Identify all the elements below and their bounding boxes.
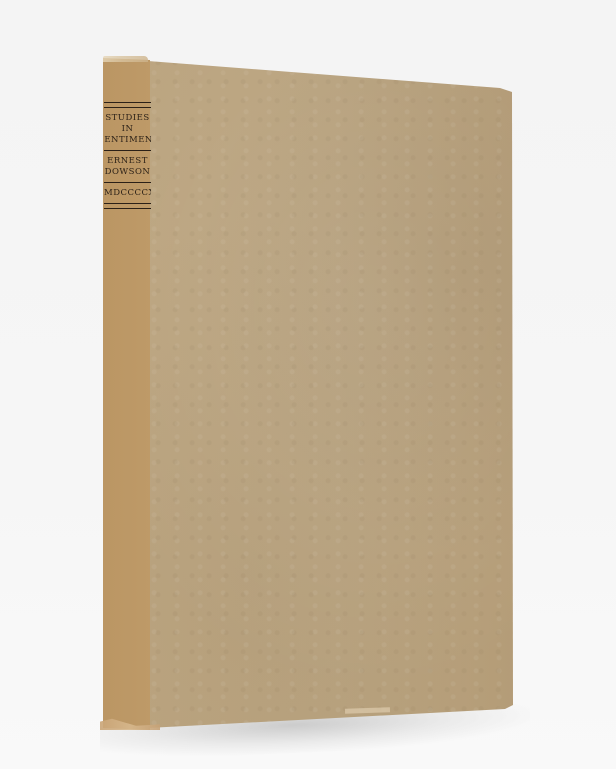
spine-year-block: MDCCCCXV [104,183,151,203]
spine-author-block: ERNEST DOWSON [104,151,151,182]
spine-title-block: STUDIES IN SENTIMENT [104,108,151,150]
spine-title-line-3: SENTIMENT [104,135,151,146]
cover-texture [0,0,616,769]
spine-top-wear [103,56,148,62]
spine-title-line-2: IN [104,124,151,135]
book: STUDIES IN SENTIMENT ERNEST DOWSON MDCCC… [0,0,616,769]
spine-author-line-1: ERNEST [104,156,151,167]
spine-year: MDCCCCXV [104,188,151,199]
spine-title-line-1: STUDIES [104,113,151,124]
spine-label: STUDIES IN SENTIMENT ERNEST DOWSON MDCCC… [104,102,151,209]
spine-rule-bottom [104,203,151,209]
spine-author-line-2: DOWSON [104,167,151,178]
